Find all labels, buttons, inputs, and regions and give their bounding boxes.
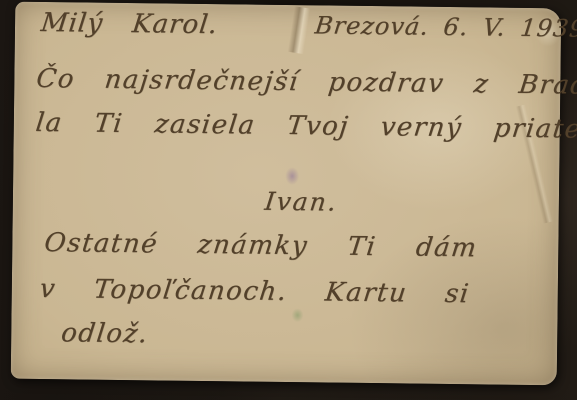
- signature: Ivan.: [263, 187, 339, 217]
- paper-crease-top: [288, 6, 311, 54]
- ink-speck-green: [291, 308, 303, 322]
- postcard: Milý Karol. Brezová. 6. V. 1939. Čo najs…: [11, 2, 562, 386]
- handwriting-line-2: la Ti zasiela Tvoj verný priateľ: [34, 108, 577, 145]
- ink-smudge-violet: [285, 167, 299, 185]
- handwriting-line-5: odlož.: [60, 318, 151, 349]
- handwriting-line-4: v Topoľčanoch. Kartu si: [38, 274, 471, 309]
- place-and-date: Brezová. 6. V. 1939.: [313, 11, 577, 42]
- handwriting-line-3: Ostatné známky Ti dám: [43, 228, 479, 263]
- salutation: Milý Karol.: [39, 8, 219, 40]
- handwriting-line-1: Čo najsrdečnejší pozdrav z Brad-: [35, 64, 577, 101]
- photo-background: Milý Karol. Brezová. 6. V. 1939. Čo najs…: [0, 0, 577, 400]
